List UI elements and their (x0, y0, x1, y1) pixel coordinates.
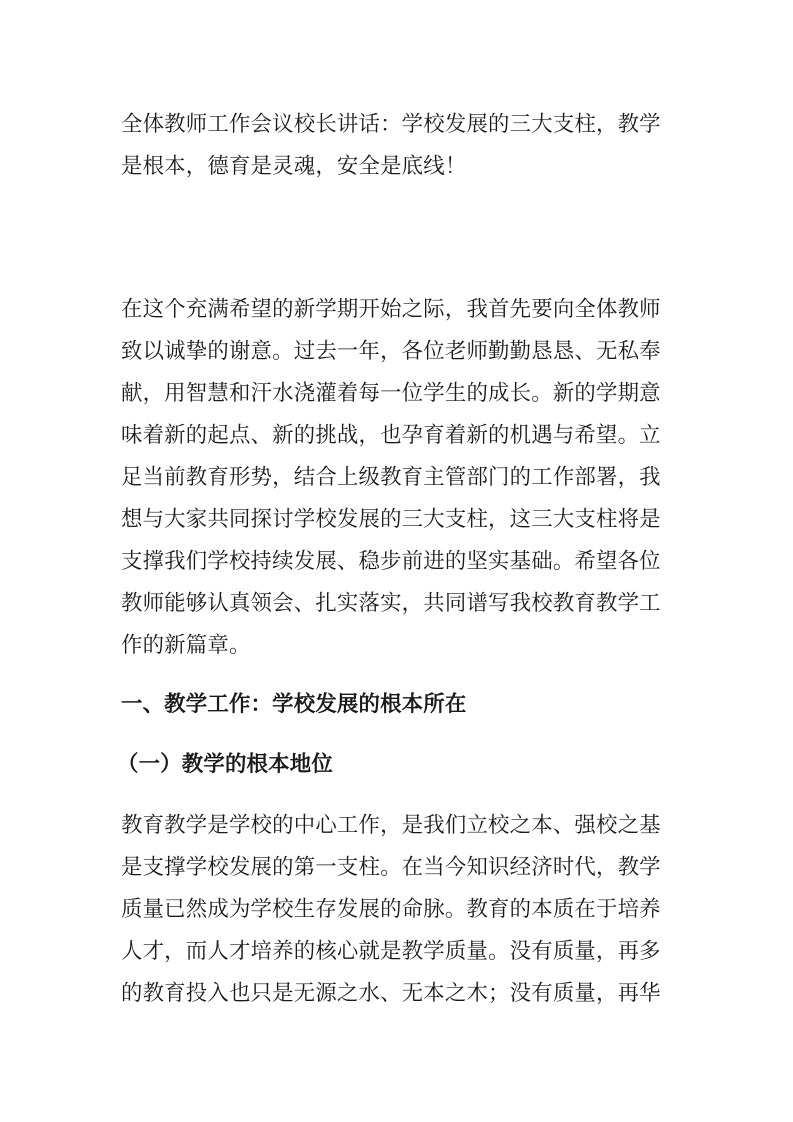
intro-paragraph: 在这个充满希望的新学期开始之际，我首先要向全体教师致以诚挚的谢意。过去一年，各位… (121, 289, 677, 667)
subsection-heading: （一）教学的根本地位 (117, 744, 673, 786)
section-heading: 一、教学工作：学校发展的根本所在 (121, 684, 677, 726)
document-page: 全体教师工作会议校长讲话：学校发展的三大支柱，教学是根本，德育是灵魂，安全是底线… (0, 0, 793, 1122)
document-title: 全体教师工作会议校长讲话：学校发展的三大支柱，教学是根本，德育是灵魂，安全是底线… (121, 104, 677, 188)
section-paragraph: 教育教学是学校的中心工作，是我们立校之本、强校之基是支撑学校发展的第一支柱。在当… (121, 805, 677, 1015)
